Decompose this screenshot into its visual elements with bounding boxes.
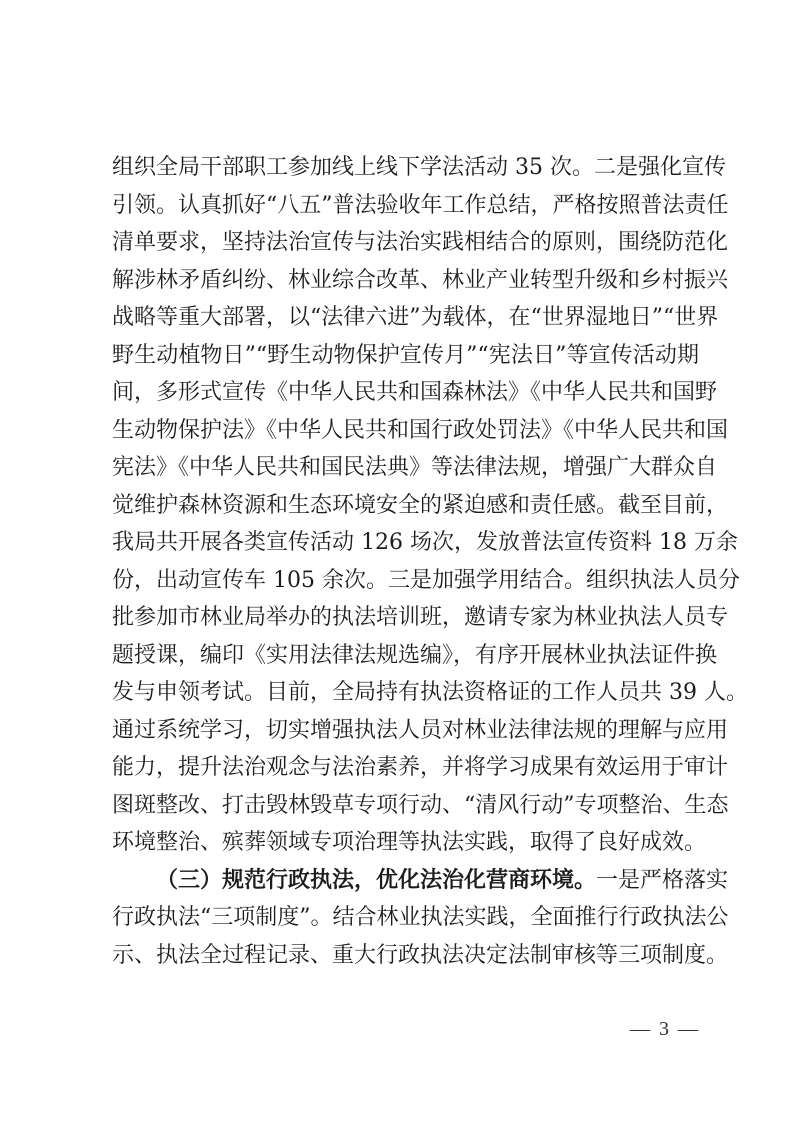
text-line-7: 间，多形式宣传《中华人民共和国森林法》《中华人民共和国野 (112, 374, 699, 412)
text-line-16: 通过系统学习，切实增强执法人员对林业法律法规的理解与应用 (112, 712, 699, 750)
text-line-19: 环境整治、殡葬领域专项治理等执法实践，取得了良好成效。 (112, 824, 699, 862)
document-page: 组织全局干部职工参加线上线下学法活动 35 次。二是强化宣传 引领。认真抓好“八… (0, 0, 793, 1121)
text-line-21: 行政执法“三项制度”。结合林业执法实践，全面推行行政执法公 (112, 899, 699, 937)
text-line-8: 生动物保护法》《中华人民共和国行政处罚法》《中华人民共和国 (112, 412, 699, 450)
text-line-6: 野生动植物日”“野生动物保护宣传月”“宪法日”等宣传活动期 (112, 337, 699, 375)
section-heading: （三）规范行政执法，优化法治化营商环境。 (156, 867, 596, 893)
text-line-2: 引领。认真抓好“八五”普法验收年工作总结，严格按照普法责任 (112, 187, 699, 225)
text-line-9: 宪法》《中华人民共和国民法典》等法律法规，增强广大群众自 (112, 449, 699, 487)
text-line-3: 清单要求，坚持法治宣传与法治实践相结合的原则，围绕防范化 (112, 224, 699, 262)
text-line-14: 题授课，编印《实用法律法规选编》，有序开展林业执法证件换 (112, 637, 699, 675)
text-line-4: 解涉林矛盾纠纷、林业综合改革、林业产业转型升级和乡村振兴 (112, 262, 699, 300)
text-line-17: 能力，提升法治观念与法治素养，并将学习成果有效运用于审计 (112, 749, 699, 787)
section-heading-line: （三）规范行政执法，优化法治化营商环境。一是严格落实 (112, 862, 699, 900)
text-line-15: 发与申领考试。目前，全局持有执法资格证的工作人员共 39 人。 (112, 674, 699, 712)
text-line-10: 觉维护森林资源和生态环境安全的紧迫感和责任感。截至目前， (112, 487, 699, 525)
text-line-13: 批参加市林业局举办的执法培训班，邀请专家为林业执法人员专 (112, 599, 699, 637)
body-text: 组织全局干部职工参加线上线下学法活动 35 次。二是强化宣传 引领。认真抓好“八… (112, 149, 699, 974)
text-line-1: 组织全局干部职工参加线上线下学法活动 35 次。二是强化宣传 (112, 149, 699, 187)
section-heading-continuation: 一是严格落实 (596, 868, 728, 893)
text-line-22: 示、执法全过程记录、重大行政执法决定法制审核等三项制度。 (112, 937, 699, 975)
page-number: — 3 — (630, 1018, 700, 1041)
text-line-12: 份，出动宣传车 105 余次。三是加强学用结合。组织执法人员分 (112, 562, 699, 600)
text-line-18: 图斑整改、打击毁林毁草专项行动、“清风行动”专项整治、生态 (112, 787, 699, 825)
text-line-5: 战略等重大部署，以“法律六进”为载体，在“世界湿地日”“世界 (112, 299, 699, 337)
text-line-11: 我局共开展各类宣传活动 126 场次，发放普法宣传资料 18 万余 (112, 524, 699, 562)
